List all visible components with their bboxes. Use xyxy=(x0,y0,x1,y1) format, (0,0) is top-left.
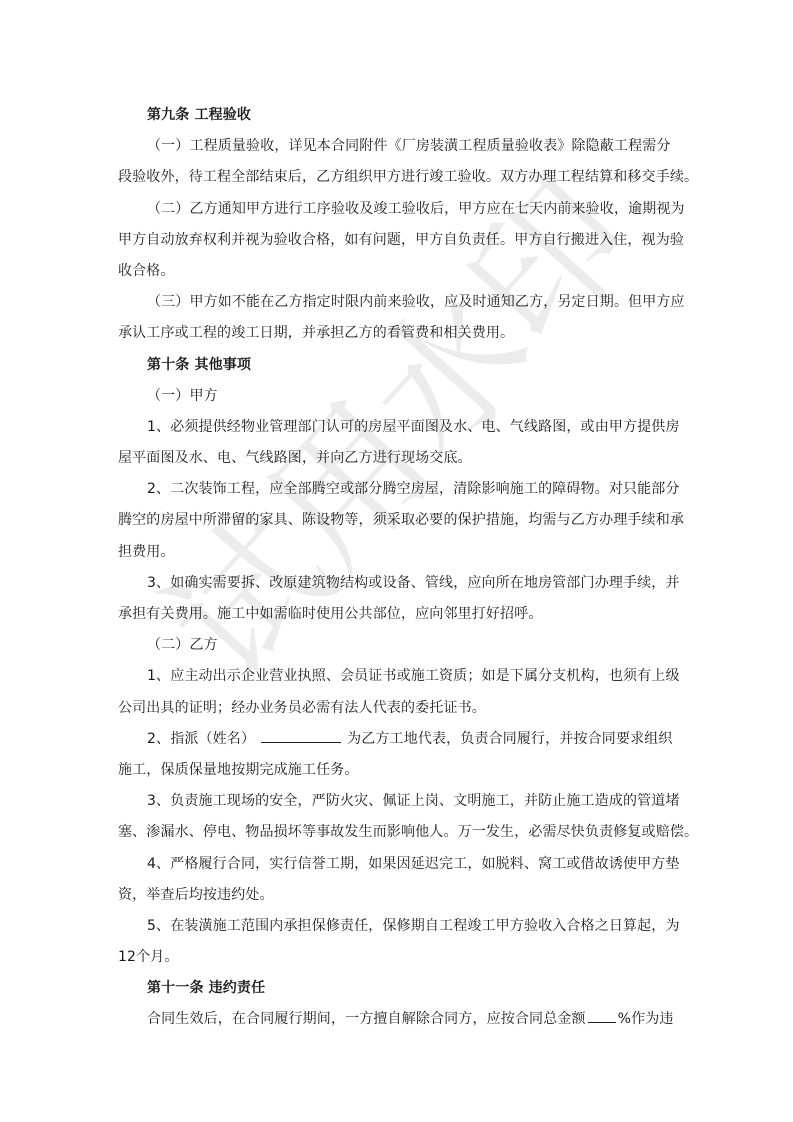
article-11-title: 第十一条 违约责任 xyxy=(118,973,678,1004)
paragraph-line: 2、指派（姓名）为乙方工地代表，负责合同履行，并按合同要求组织 xyxy=(118,724,678,755)
text-segment: 为乙方工地代表，负责合同履行，并按合同要求组织 xyxy=(347,731,672,747)
article-10-title: 第十条 其他事项 xyxy=(118,350,678,381)
paragraph-line: 承认工序或工程的竣工日期，并承担乙方的看管费和相关费用。 xyxy=(118,318,678,349)
paragraph-line: 3、如确实需要拆、改原建筑物结构或设备、管线，应向所在地房管部门办理手续，并 xyxy=(118,568,678,599)
section-heading-party-b: （二）乙方 xyxy=(118,630,678,661)
paragraph-line: 收合格。 xyxy=(118,256,678,287)
percent-blank-field[interactable] xyxy=(588,1008,616,1023)
text-segment: 2、指派（姓名） xyxy=(147,731,255,747)
text-segment: 合同生效后，在合同履行期间，一方擅自解除合同方，应按合同总金额 xyxy=(147,1011,586,1027)
text-segment: %作为违 xyxy=(618,1011,674,1027)
section-heading-party-a: （一）甲方 xyxy=(118,381,678,412)
name-blank-field[interactable] xyxy=(261,728,341,743)
paragraph-line: 承担有关费用。施工中如需临时使用公共部位，应向邻里打好招呼。 xyxy=(118,599,678,630)
paragraph-line: 屋平面图及水、电、气线路图，并向乙方进行现场交底。 xyxy=(118,443,678,474)
paragraph-line: 合同生效后，在合同履行期间，一方擅自解除合同方，应按合同总金额%作为违 xyxy=(118,1004,678,1035)
paragraph-line: 2、二次装饰工程，应全部腾空或部分腾空房屋，清除影响施工的障碍物。对只能部分 xyxy=(118,474,678,505)
paragraph-line: 1、必须提供经物业管理部门认可的房屋平面图及水、电、气线路图，或由甲方提供房 xyxy=(118,412,678,443)
paragraph-line: 12个月。 xyxy=(118,942,678,973)
paragraph-line: 施工，保质保量地按期完成施工任务。 xyxy=(118,755,678,786)
paragraph-line: 4、严格履行合同，实行信誉工期，如果因延迟完工，如脱料、窝工或借故诱使甲方垫 xyxy=(118,849,678,880)
paragraph-line: 5、在装潢施工范围内承担保修责任，保修期自工程竣工甲方验收入合格之日算起，为 xyxy=(118,911,678,942)
paragraph-line: （二）乙方通知甲方进行工序验收及竣工验收后，甲方应在七天内前来验收，逾期视为 xyxy=(118,194,678,225)
paragraph-line: 甲方自动放弃权利并视为验收合格，如有问题，甲方自负责任。甲方自行搬进入住，视为验 xyxy=(118,225,678,256)
document-page: 第九条 工程验收 （一）工程质量验收，详见本合同附件《厂房装潢工程质量验收表》除… xyxy=(118,100,678,1036)
paragraph-line: 公司出具的证明；经办业务员必需有法人代表的委托证书。 xyxy=(118,693,678,724)
paragraph-line: （一）工程质量验收，详见本合同附件《厂房装潢工程质量验收表》除隐蔽工程需分 xyxy=(118,131,678,162)
paragraph-line: 担费用。 xyxy=(118,537,678,568)
paragraph-line: 1、应主动出示企业营业执照、会员证书或施工资质；如是下属分支机构，也须有上级 xyxy=(118,661,678,692)
paragraph-line: 段验收外，待工程全部结束后，乙方组织甲方进行竣工验收。双方办理工程结算和移交手续… xyxy=(118,162,678,193)
paragraph-line: 3、负责施工现场的安全，严防火灾、佩证上岗、文明施工，并防止施工造成的管道堵 xyxy=(118,786,678,817)
paragraph-line: 腾空的房屋中所滞留的家具、陈设物等，须采取必要的保护措施，均需与乙方办理手续和承 xyxy=(118,505,678,536)
article-9-title: 第九条 工程验收 xyxy=(118,100,678,131)
paragraph-line: （三）甲方如不能在乙方指定时限内前来验收，应及时通知乙方，另定日期。但甲方应 xyxy=(118,287,678,318)
paragraph-line: 塞、渗漏水、停电、物品损坏等事故发生而影响他人。万一发生，必需尽快负责修复或赔偿… xyxy=(118,817,678,848)
paragraph-line: 资，举查后均按违约处。 xyxy=(118,880,678,911)
